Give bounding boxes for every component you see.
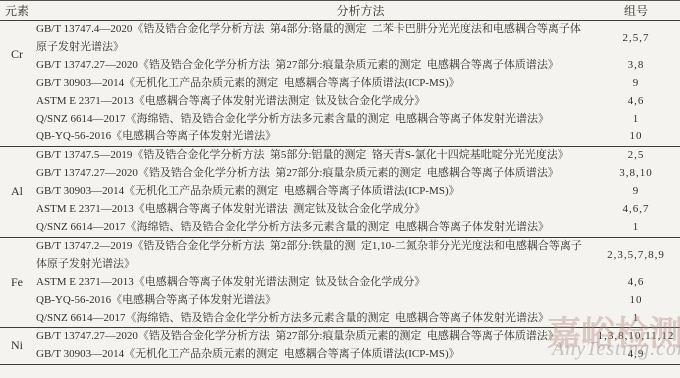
table-row: GB/T 30903—2014《无机化工产品杂质元素的测定 电感耦合等离子体质谱… [0,75,680,93]
col-header-method: 分析方法 [34,1,592,21]
group-cell: 4,6 [592,93,680,111]
table-row: GB/T 30903—2014《无机化工产品杂质元素的测定 电感耦合等离子体质谱… [0,183,680,201]
method-cell: Q/SNZ 6614—2017《海绵锆、锆及锆合金化学分析方法多元素含量的测定 … [34,111,592,129]
element-cell: Fe [0,237,34,328]
table-row: GB/T 13747.27—2020《锆及锆合金化学分析方法 第27部分:痕量杂… [0,165,680,183]
group-cell: 4,6,7 [592,201,680,219]
method-cell: ASTM E 2371—2013《电感耦合等离子体发射光谱法 测定钛及钛合金化学… [34,201,592,219]
table-row: CrGB/T 13747.4—2020《锆及锆合金化学分析方法 第4部分:铬量的… [0,21,680,57]
method-cell: QB-YQ-56-2016《电感耦合等离子体发射光谱法》 [34,128,592,146]
method-cell: GB/T 30903—2014《无机化工产品杂质元素的测定 电感耦合等离子体质谱… [34,346,592,364]
group-cell: 1 [592,111,680,129]
method-cell: ASTM E 2371—2013《电感耦合等离子体发射光谱法测定 钛及钛合金化学… [34,93,592,111]
method-cell: GB/T 13747.4—2020《锆及锆合金化学分析方法 第4部分:铬量的测定… [34,21,592,57]
group-cell: 2,3,5,7,8,9 [592,237,680,273]
method-cell: Q/SNZ 6614—2017《海绵锆、锆及锆合金化学分析方法多元素含量的测定 … [34,219,592,237]
col-header-element: 元素 [0,1,34,21]
method-cell: GB/T 13747.2—2019《锆及锆合金化学分析方法 第2部分:铁量的测 … [34,237,592,273]
group-cell: 1 [592,219,680,237]
table-row: Q/SNZ 6614—2017《海绵锆、锆及锆合金化学分析方法多元素含量的测定 … [0,111,680,129]
table-row: ASTM E 2371—2013《电感耦合等离子体发射光谱法测定 钛及钛合金化学… [0,93,680,111]
group-cell: 2,5 [592,147,680,165]
table-row: GB/T 13747.27—2020《锆及锆合金化学分析方法 第27部分:痕量杂… [0,57,680,75]
method-cell: GB/T 13747.27—2020《锆及锆合金化学分析方法 第27部分:痕量杂… [34,328,592,346]
method-cell: GB/T 30903—2014《无机化工产品杂质元素的测定 电感耦合等离子体质谱… [34,183,592,201]
header-row: 元素 分析方法 组号 [0,1,680,21]
method-cell: GB/T 13747.27—2020《锆及锆合金化学分析方法 第27部分:痕量杂… [34,165,592,183]
table-row: AlGB/T 13747.5—2019《锆及锆合金化学分析方法 第5部分:铝量的… [0,147,680,165]
element-cell: Al [0,147,34,238]
group-cell: 9 [592,75,680,93]
method-cell: QB-YQ-56-2016《电感耦合等离子体发射光谱法》 [34,292,592,310]
group-cell: 4,6 [592,274,680,292]
document-page: 元素 分析方法 组号 CrGB/T 13747.4—2020《锆及锆合金化学分析… [0,0,680,378]
group-cell: 2,5,7 [592,21,680,57]
table-row: ASTM E 2371—2013《电感耦合等离子体发射光谱法测定 钛及钛合金化学… [0,274,680,292]
element-cell: Cr [0,21,34,147]
element-cell: Ni [0,328,34,365]
method-cell: Q/SNZ 6614—2017《海绵锆、锆及锆合金化学分析方法多元素含量的测定 … [34,310,592,328]
method-cell: GB/T 30903—2014《无机化工产品杂质元素的测定 电感耦合等离子体质谱… [34,75,592,93]
group-cell: 10 [592,128,680,146]
method-cell: ASTM E 2371—2013《电感耦合等离子体发射光谱法测定 钛及钛合金化学… [34,274,592,292]
table-row: FeGB/T 13747.2—2019《锆及锆合金化学分析方法 第2部分:铁量的… [0,237,680,273]
group-cell: 3,8,10 [592,165,680,183]
method-cell: GB/T 13747.5—2019《锆及锆合金化学分析方法 第5部分:铝量的测定… [34,147,592,165]
col-header-group: 组号 [592,1,680,21]
watermark-english-text: AnyTesting.com [552,338,680,361]
method-cell: GB/T 13747.27—2020《锆及锆合金化学分析方法 第27部分:痕量杂… [34,57,592,75]
group-cell: 3,8 [592,57,680,75]
table-row: Q/SNZ 6614—2017《海绵锆、锆及锆合金化学分析方法多元素含量的测定 … [0,219,680,237]
group-cell: 9 [592,183,680,201]
table-row: ASTM E 2371—2013《电感耦合等离子体发射光谱法 测定钛及钛合金化学… [0,201,680,219]
table-row: QB-YQ-56-2016《电感耦合等离子体发射光谱法》10 [0,128,680,146]
